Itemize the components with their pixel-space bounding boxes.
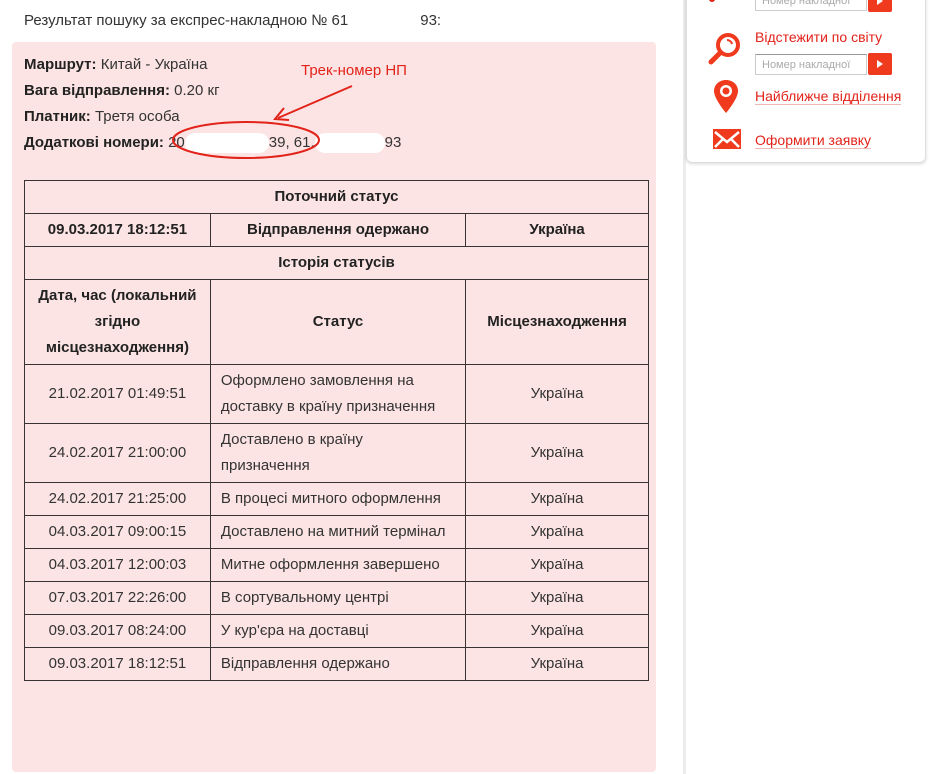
payer-label: Платник:: [24, 108, 91, 125]
tracking-result-panel: Маршрут: Китай - Україна Вага відправлен…: [12, 42, 656, 772]
history-location: Україна: [466, 483, 649, 516]
history-location: Україна: [466, 516, 649, 549]
current-status-location: Україна: [466, 214, 649, 247]
location-pin-icon: [713, 79, 739, 115]
column-header-date: Дата, час (локальний згідно місцезнаходж…: [25, 280, 211, 365]
payer-row: Платник: Третя особа: [24, 104, 401, 130]
current-status-heading: Поточний статус: [25, 181, 649, 214]
current-status-date: 09.03.2017 18:12:51: [25, 214, 211, 247]
history-location: Україна: [466, 582, 649, 615]
redacted-block: [185, 133, 269, 153]
current-status-text: Відправлення одержано: [210, 214, 465, 247]
track-world-submit-button[interactable]: [868, 53, 892, 75]
history-date: 04.03.2017 12:00:03: [25, 549, 211, 582]
history-rows: 21.02.2017 01:49:51Оформлено замовлення …: [25, 365, 649, 681]
history-status: Митне оформлення завершено: [210, 549, 465, 582]
payer-value: Третя особа: [95, 108, 180, 125]
waybill-input[interactable]: Номер накладної: [755, 54, 867, 75]
history-row: 07.03.2017 22:26:00В сортувальному центр…: [25, 582, 649, 615]
extra-number-part: 93: [385, 134, 402, 151]
history-date: 21.02.2017 01:49:51: [25, 365, 211, 424]
history-date: 09.03.2017 08:24:00: [25, 615, 211, 648]
history-row: 09.03.2017 08:24:00У кур'єра на доставці…: [25, 615, 649, 648]
nearest-branch-link[interactable]: Найближче відділення: [755, 88, 901, 105]
history-location: Україна: [466, 365, 649, 424]
result-suffix: 93:: [420, 12, 441, 29]
route-label: Маршрут:: [24, 56, 97, 73]
history-date: 24.02.2017 21:00:00: [25, 424, 211, 483]
history-status: В процесі митного оформлення: [210, 483, 465, 516]
history-location: Україна: [466, 615, 649, 648]
extra-numbers-row: Додаткові номери: 2039, 61.93: [24, 130, 401, 156]
history-status: Відправлення одержано: [210, 648, 465, 681]
history-location: Україна: [466, 424, 649, 483]
extra-numbers-label: Додаткові номери:: [24, 134, 164, 151]
sidebar-widget: Номер накладної Відстежити по світу Номе…: [686, 0, 926, 163]
history-status: Доставлено в країну призначення: [210, 424, 465, 483]
history-date: 04.03.2017 09:00:15: [25, 516, 211, 549]
route-value: Китай - Україна: [101, 56, 208, 73]
column-header-location: Місцезнаходження: [466, 280, 649, 365]
extra-number-part: 39, 61.: [269, 134, 315, 151]
history-location: Україна: [466, 648, 649, 681]
history-row: 24.02.2017 21:00:00Доставлено в країну п…: [25, 424, 649, 483]
weight-label: Вага відправлення:: [24, 82, 170, 99]
history-heading: Історія статусів: [25, 247, 649, 280]
envelope-icon: [713, 129, 741, 149]
history-location: Україна: [466, 549, 649, 582]
track-submit-button-top[interactable]: [868, 0, 892, 12]
order-request-link[interactable]: Оформити заявку: [755, 132, 871, 149]
waybill-input-top[interactable]: Номер накладної: [755, 0, 867, 11]
history-row: 09.03.2017 18:12:51Відправлення одержано…: [25, 648, 649, 681]
history-row: 04.03.2017 12:00:03Митне оформлення заве…: [25, 549, 649, 582]
weight-row: Вага відправлення: 0.20 кг: [24, 78, 401, 104]
history-status: Доставлено на митний термінал: [210, 516, 465, 549]
history-status: Оформлено замовлення на доставку в країн…: [210, 365, 465, 424]
weight-value: 0.20 кг: [174, 82, 219, 99]
redacted-block: [315, 133, 385, 153]
result-title: Результат пошуку за експрес-накладною № …: [24, 12, 441, 29]
result-prefix: Результат пошуку за експрес-накладною № …: [24, 12, 348, 29]
extra-number-part: 20: [168, 134, 185, 151]
history-row: 21.02.2017 01:49:51Оформлено замовлення …: [25, 365, 649, 424]
history-status: У кур'єра на доставці: [210, 615, 465, 648]
track-icon: [705, 0, 719, 4]
history-status: В сортувальному центрі: [210, 582, 465, 615]
history-date: 24.02.2017 21:25:00: [25, 483, 211, 516]
track-world-link[interactable]: Відстежити по світу: [755, 29, 882, 45]
history-row: 04.03.2017 09:00:15Доставлено на митний …: [25, 516, 649, 549]
history-date: 07.03.2017 22:26:00: [25, 582, 211, 615]
search-icon: [707, 32, 741, 66]
annotation-label: Трек-номер НП: [301, 62, 407, 79]
history-date: 09.03.2017 18:12:51: [25, 648, 211, 681]
current-status-row: 09.03.2017 18:12:51 Відправлення одержан…: [25, 214, 649, 247]
column-header-status: Статус: [210, 280, 465, 365]
status-table: Поточний статус 09.03.2017 18:12:51 Відп…: [24, 180, 649, 681]
history-row: 24.02.2017 21:25:00В процесі митного офо…: [25, 483, 649, 516]
history-header-row: Дата, час (локальний згідно місцезнаходж…: [25, 280, 649, 365]
